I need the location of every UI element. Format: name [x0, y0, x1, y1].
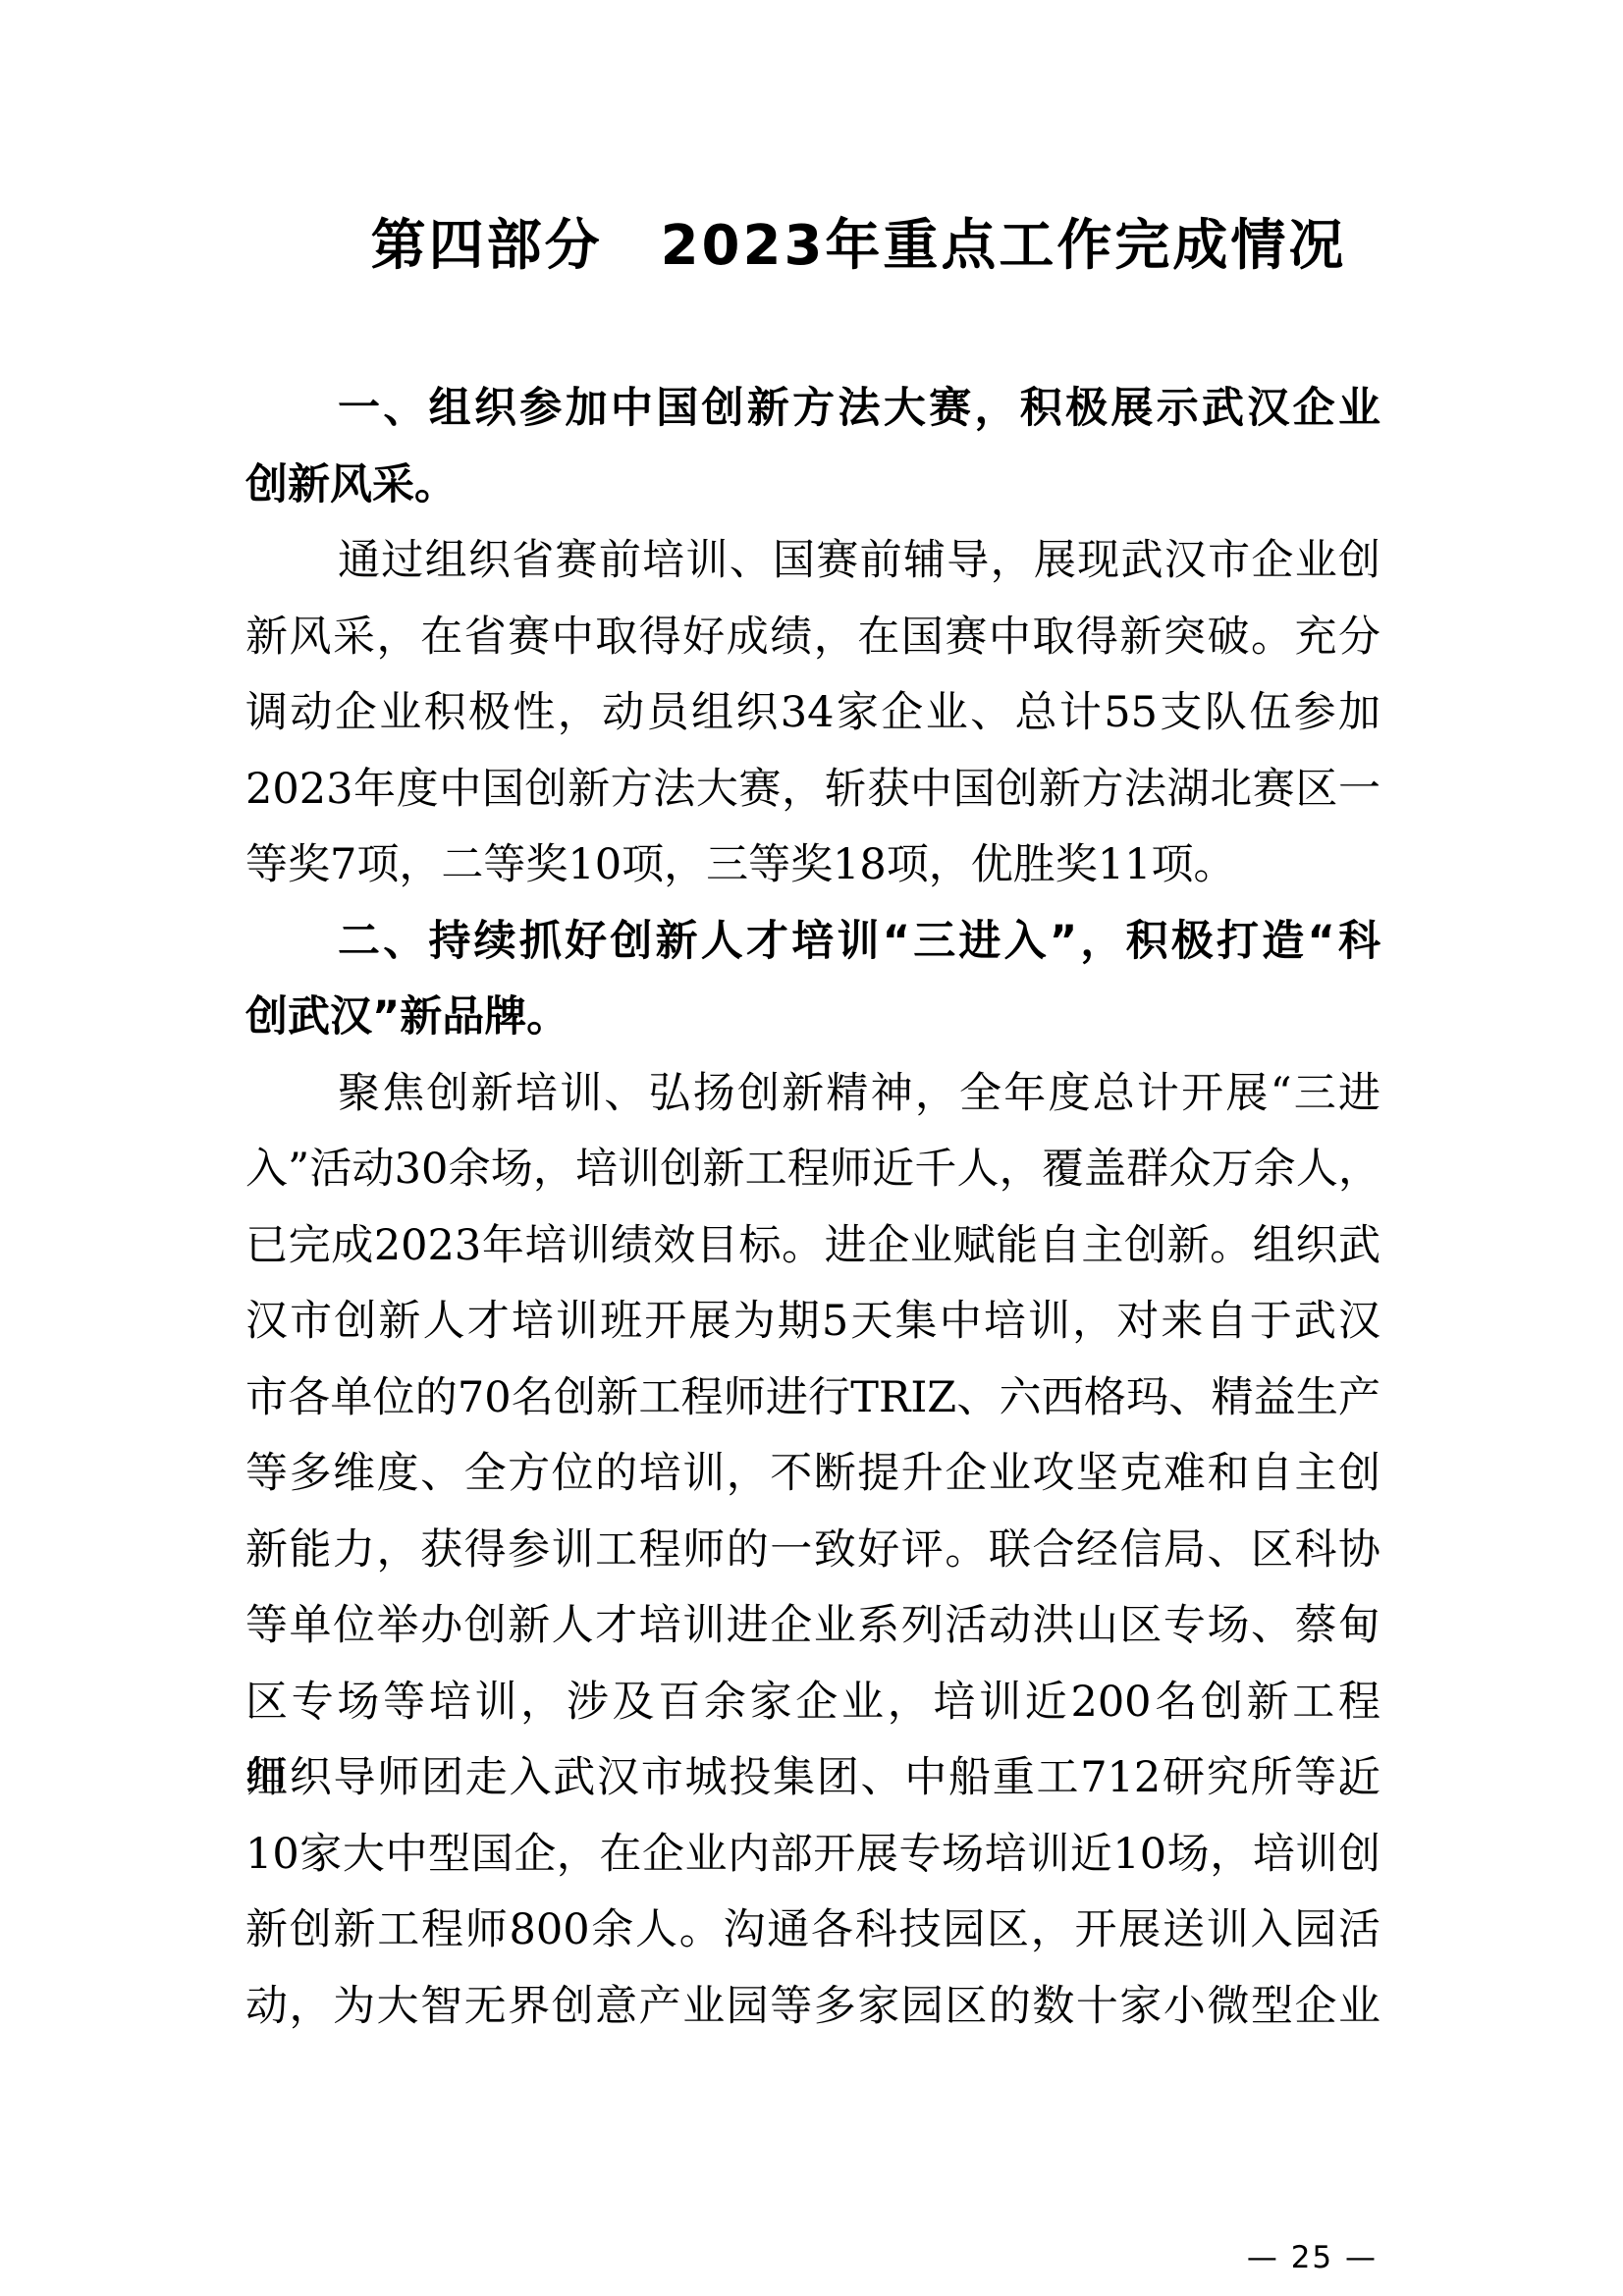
body-line: 调动企业积极性，动员组织34家企业、总计55支队伍参加 — [245, 675, 1380, 752]
page-number: — 25 — — [1247, 2240, 1378, 2275]
body-line: 新风采，在省赛中取得好成绩，在国赛中取得新突破。充分 — [245, 600, 1380, 676]
page-title: 第四部分 2023年重点工作完成情况 — [0, 214, 1623, 279]
body-line: 组织导师团走入武汉市城投集团、中船重工712研究所等近 — [245, 1740, 1380, 1817]
document-page: 第四部分 2023年重点工作完成情况 一、组织参加中国创新方法大赛，积极展示武汉… — [0, 0, 1623, 2296]
body-line: 等奖7项，二等奖10项，三等奖18项，优胜奖11项。 — [245, 828, 1380, 904]
body-line: 10家大中型国企，在企业内部开展专场培训近10场，培训创 — [245, 1817, 1380, 1894]
body-line: 2023年度中国创新方法大赛，斩获中国创新方法湖北赛区一 — [245, 752, 1380, 828]
body-line: 新能力，获得参训工程师的一致好评。联合经信局、区科协 — [245, 1513, 1380, 1589]
document-body: 一、组织参加中国创新方法大赛，积极展示武汉企业创新风采。通过组织省赛前培训、国赛… — [245, 371, 1380, 2045]
body-line: 新创新工程师800余人。沟通各科技园区，开展送训入园活 — [245, 1893, 1380, 1969]
body-line: 通过组织省赛前培训、国赛前辅导，展现武汉市企业创 — [245, 523, 1380, 600]
body-line: 已完成2023年培训绩效目标。进企业赋能自主创新。组织武 — [245, 1208, 1380, 1285]
body-line: 市各单位的70名创新工程师进行TRIZ、六西格玛、精益生产 — [245, 1361, 1380, 1437]
heading-line: 二、持续抓好创新人才培训“三进入”，积极打造“科 — [245, 904, 1380, 981]
body-line: 聚焦创新培训、弘扬创新精神，全年度总计开展“三进 — [245, 1056, 1380, 1133]
heading-line: 创武汉”新品牌。 — [245, 980, 1380, 1056]
body-line: 等单位举办创新人才培训进企业系列活动洪山区专场、蔡甸 — [245, 1588, 1380, 1665]
body-line: 区专场等培训，涉及百余家企业，培训近200名创新工程师。 — [245, 1665, 1380, 1741]
body-line: 入”活动30余场，培训创新工程师近千人，覆盖群众万余人， — [245, 1132, 1380, 1208]
body-line: 汉市创新人才培训班开展为期5天集中培训，对来自于武汉 — [245, 1284, 1380, 1361]
heading-line: 创新风采。 — [245, 448, 1380, 524]
heading-line: 一、组织参加中国创新方法大赛，积极展示武汉企业 — [245, 371, 1380, 448]
body-line: 等多维度、全方位的培训，不断提升企业攻坚克难和自主创 — [245, 1436, 1380, 1513]
body-line: 动，为大智无界创意产业园等多家园区的数十家小微型企业 — [245, 1969, 1380, 2046]
